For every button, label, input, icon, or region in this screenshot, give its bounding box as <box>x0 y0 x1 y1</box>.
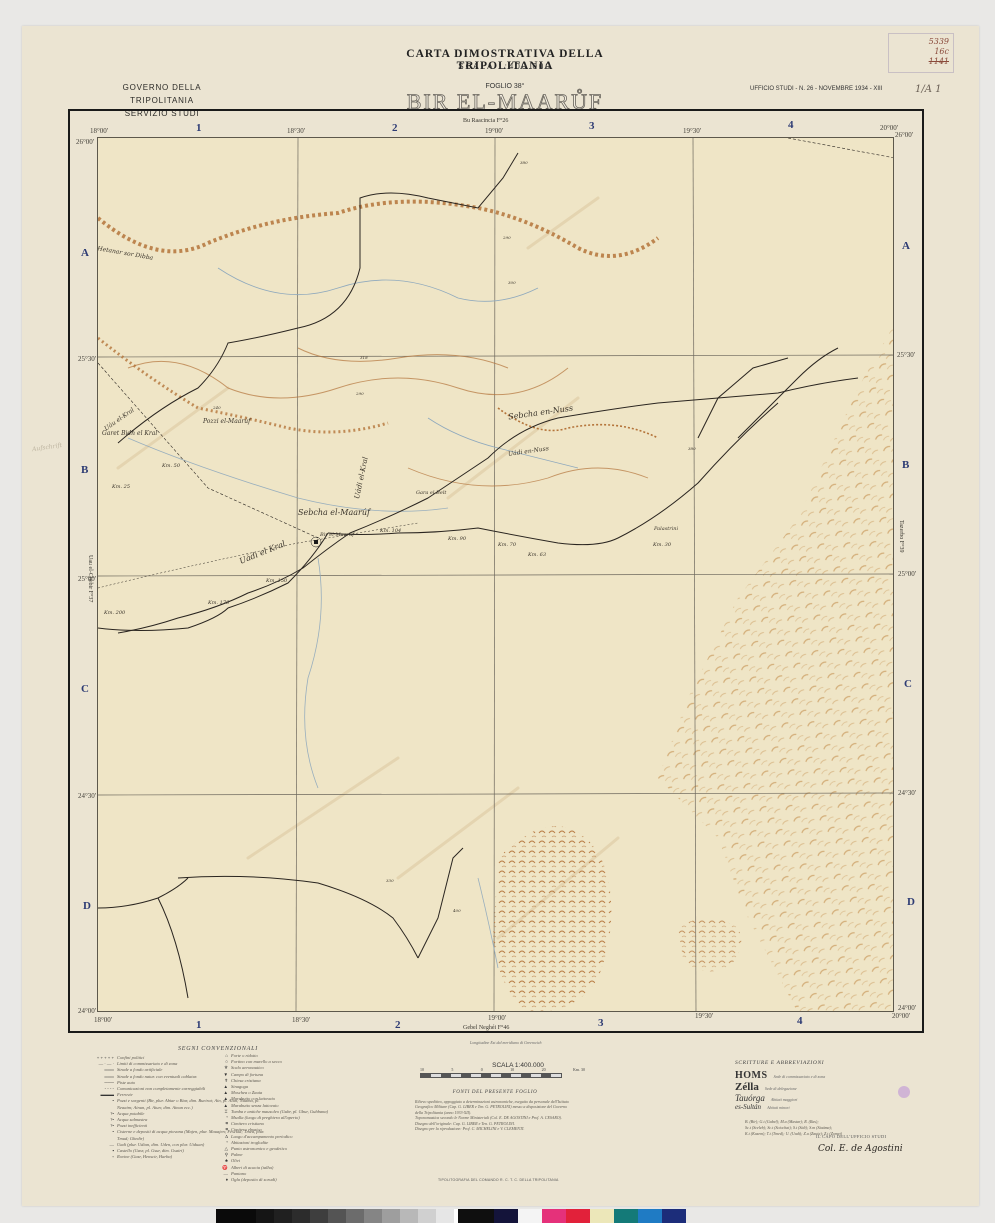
scale-bar <box>420 1073 562 1078</box>
adjacent-sheet-east: Tazerbo F°39 <box>898 520 904 552</box>
lon-top-0: 18°00' <box>90 127 108 135</box>
swatch <box>364 1209 382 1223</box>
km-marker: Km. 63 <box>528 552 546 558</box>
printer-credit: TIPOLITOGRAFIA DEL COMANDO R. C. T. C. D… <box>438 1178 559 1182</box>
lat-left-0: 26°00' <box>76 138 94 146</box>
swatch <box>216 1209 256 1223</box>
ink-stamp-mark <box>898 1086 910 1098</box>
lon-top-2: 19°00' <box>485 127 503 135</box>
km-marker: Km. 150 <box>266 578 287 584</box>
swatch <box>400 1209 418 1223</box>
lon-bottom-1: 18°30' <box>292 1016 310 1024</box>
column-label-3-bottom: 3 <box>598 1017 604 1029</box>
swatch <box>518 1209 542 1223</box>
office-line: UFFICIO STUDI - N. 26 - NOVEMBRE 1934 - … <box>750 86 882 92</box>
swatch <box>494 1209 518 1223</box>
swatch <box>256 1209 274 1223</box>
km-marker: Km. 50 <box>162 463 180 469</box>
lat-right-4: 24°00' <box>898 1004 916 1012</box>
label-sebcha-el-maaruf: Sebcha el-Maarúf <box>298 508 370 517</box>
swatch <box>662 1209 686 1223</box>
label-palastrini: Palastrini <box>654 526 678 532</box>
elevation: 330 <box>386 878 394 883</box>
cistern-icon: • <box>96 1129 114 1141</box>
swatch <box>310 1209 328 1223</box>
km-marker: Km. 30 <box>653 542 671 548</box>
source-line: Disegno per la riproduzione: Prof. C. MI… <box>415 1126 575 1132</box>
label-gara-el-belt: Gara el-Belt <box>416 490 446 496</box>
lat-right-2: 25°00' <box>898 570 916 578</box>
lettering-item: TauórgaAbitati maggiori <box>735 1093 842 1103</box>
elevation: 380 <box>520 160 528 165</box>
swatch <box>638 1209 662 1223</box>
km-marker: Km. 200 <box>104 610 125 616</box>
ruins-icon: ▫ <box>96 1154 114 1160</box>
swatch <box>382 1209 400 1223</box>
label-garet-bidh: Garet Bidh el Kral <box>102 430 157 437</box>
lat-right-3: 24°30' <box>898 789 916 797</box>
elevation: 380 <box>688 446 696 451</box>
lat-right-0: 26°00' <box>895 131 913 139</box>
swatch <box>274 1209 292 1223</box>
stamp-number-3: 1141 <box>929 58 949 65</box>
source-line: Rilievo speditivo, appoggiato a determin… <box>415 1099 575 1116</box>
elevation: 318 <box>360 355 368 360</box>
well-icon: • <box>96 1098 114 1110</box>
adjacent-sheet-south: Gebel Neghéi F°46 <box>463 1025 509 1031</box>
government-name: GOVERNO DELLA TRIPOLITANIA <box>92 81 232 107</box>
elevation: 290 <box>356 391 364 396</box>
ogla-icon: ♦ <box>210 1177 228 1183</box>
swatch <box>458 1209 494 1223</box>
map-area: Hetanar sor Dibba Garet Bidh el Kral Uáu… <box>97 137 894 1012</box>
map-drawing <box>98 138 894 1012</box>
swatch <box>328 1209 346 1223</box>
lon-bottom-3: 19°30' <box>695 1012 713 1020</box>
swatch <box>590 1209 614 1223</box>
row-label-c-right: C <box>904 678 912 690</box>
elevation: 400 <box>453 908 461 913</box>
row-label-d-right: D <box>907 896 915 908</box>
lon-bottom-4: 20°00' <box>892 1012 910 1020</box>
elevation: 290 <box>503 235 511 240</box>
column-label-2-bottom: 2 <box>395 1019 401 1031</box>
elevation: 300 <box>508 280 516 285</box>
signature: Col. E. de Agostini <box>818 1144 903 1154</box>
lettering-title: SCRITTURE E ABBREVIAZIONI <box>735 1060 842 1066</box>
lettering-item: ZéllaSede di delegazione <box>735 1081 842 1093</box>
lettering-legend: SCRITTURE E ABBREVIAZIONI HOMSSede di co… <box>735 1060 842 1137</box>
row-label-a-right: A <box>902 240 910 252</box>
color-calibration-strip <box>216 1209 686 1223</box>
km-marker: Km. 25 <box>112 484 130 490</box>
row-label-d: D <box>83 900 91 912</box>
column-label-3: 3 <box>589 120 595 132</box>
office-head-label: IL CAPO DELL'UFFICIO STUDI <box>816 1134 886 1139</box>
lon-top-3: 19°30' <box>683 127 701 135</box>
lat-left-3: 24°30' <box>78 792 96 800</box>
label-bir-el-maaruf: Bir el-Maarúf <box>320 532 354 538</box>
lat-left-4: 24°00' <box>78 1007 96 1015</box>
lat-right-1: 25°30' <box>897 351 915 359</box>
column-label-2: 2 <box>392 122 398 134</box>
legend-title: SEGNI CONVENZIONALI <box>178 1046 258 1052</box>
sources-title: FONTI DEL PRESENTE FOGLIO <box>415 1090 575 1096</box>
lon-bottom-2: 19°00' <box>488 1014 506 1022</box>
column-label-1: 1 <box>196 122 202 134</box>
longitude-note: Longitudine Est dal meridiano di Greenwi… <box>470 1040 542 1045</box>
row-label-b: B <box>81 464 88 476</box>
source-line: Toponomastica secondo le Norme Ministeri… <box>415 1115 575 1121</box>
scale-ticks: 10 5 0 10 20 Km. 30 <box>420 1067 585 1072</box>
lettering-item: es-SultánAbitati minori <box>735 1103 842 1111</box>
row-label-b-right: B <box>902 459 909 471</box>
km-marker: Km. 70 <box>498 542 516 548</box>
adjacent-sheet-north: Bu Raacincia F°26 <box>463 118 508 124</box>
archive-stamp: 5339 16c 1141 <box>888 33 954 73</box>
dune-field <box>658 323 894 1012</box>
stamp-number-2: 16c <box>934 48 949 55</box>
column-label-4-bottom: 4 <box>797 1015 803 1027</box>
lon-bottom-0: 18°00' <box>94 1016 112 1024</box>
stamp-number-1: 5339 <box>929 38 949 45</box>
swatch <box>436 1209 454 1223</box>
bir-el-maaruf-well <box>314 540 318 544</box>
swatch <box>346 1209 364 1223</box>
swatch <box>614 1209 638 1223</box>
gebel-massif <box>493 826 611 1012</box>
row-label-a: A <box>81 247 89 259</box>
km-marker: Km. 90 <box>448 536 466 542</box>
inventory-mark: 1/A 1 <box>915 84 942 95</box>
sources-block: FONTI DEL PRESENTE FOGLIO Rilievo spedit… <box>415 1090 575 1132</box>
swatch <box>292 1209 310 1223</box>
km-marker: Km. 104 <box>380 528 401 534</box>
column-label-4: 4 <box>788 119 794 131</box>
swatch <box>418 1209 436 1223</box>
swatch <box>542 1209 566 1223</box>
km-marker: Km. 176 <box>208 600 229 606</box>
column-label-1-bottom: 1 <box>196 1019 202 1031</box>
lat-left-1: 25°30' <box>78 355 96 363</box>
swatch <box>566 1209 590 1223</box>
adjacent-sheet-west: Uau el-Chebir F°37 <box>87 555 93 602</box>
legend-column-2: ⌂Forte o ridotto ○Fortino con murello a … <box>210 1053 410 1183</box>
map-scale: SCALA 1:400.000 <box>360 62 650 71</box>
elevation: 240 <box>213 405 221 410</box>
label-pozzi: Pozzi el-Maarúf <box>203 418 250 425</box>
legend-item: ♦Ogla (deposito di sorudi) <box>210 1177 410 1183</box>
row-label-c: C <box>81 683 89 695</box>
lettering-item: HOMSSede di commissariato e di zona <box>735 1070 842 1081</box>
lon-top-1: 18°30' <box>287 127 305 135</box>
